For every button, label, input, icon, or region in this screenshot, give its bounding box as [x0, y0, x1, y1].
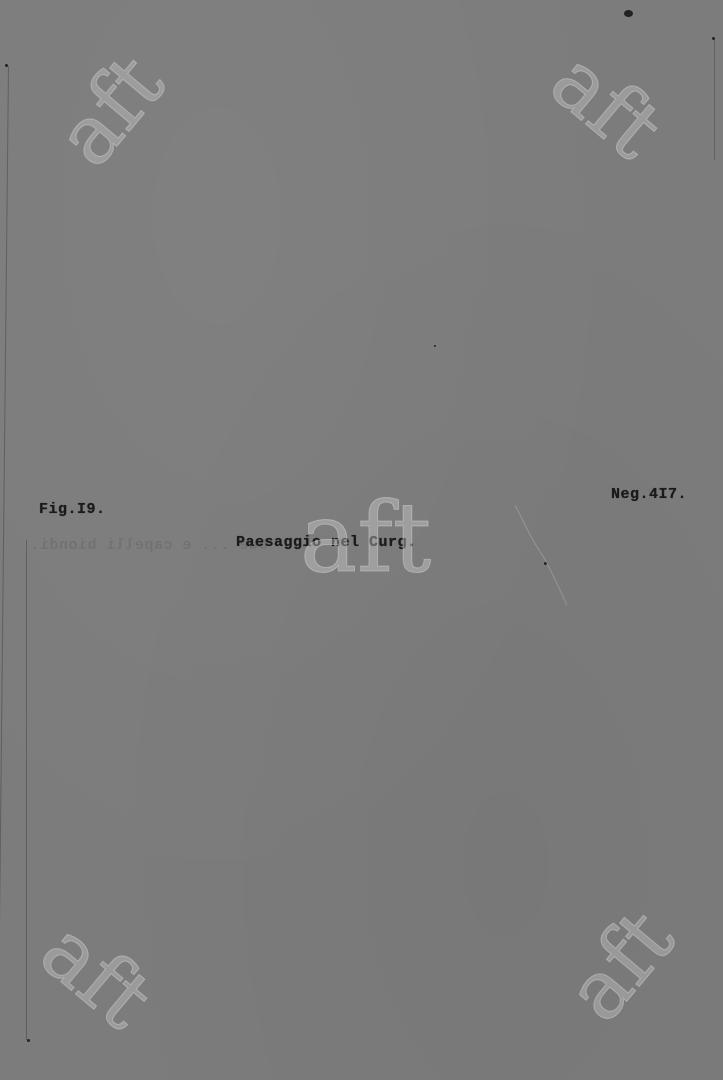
negative-number: Neg.4I7.	[611, 486, 687, 503]
scanned-document-page: Due ... e capelli biondi. aft aft aft af…	[0, 0, 723, 1080]
paper-crease	[515, 505, 575, 605]
page-edge-line	[714, 40, 715, 160]
ink-spot	[712, 37, 715, 40]
page-edge-line	[0, 66, 9, 1026]
watermark-bottom-right: aft	[554, 897, 689, 1036]
watermark-bottom-left: aft	[27, 909, 166, 1044]
bleed-through-text: Due ... e capelli biondi.	[30, 537, 268, 554]
page-edge-line	[26, 540, 27, 1040]
ink-spot	[434, 345, 436, 347]
watermark-top-right: aft	[537, 39, 676, 174]
ink-spot	[624, 10, 633, 17]
figure-number: Fig.I9.	[39, 501, 106, 518]
watermark-top-left: aft	[44, 42, 179, 181]
watermark-center: aft	[300, 490, 431, 586]
ink-spot	[5, 64, 8, 67]
ink-spot	[27, 1039, 30, 1042]
